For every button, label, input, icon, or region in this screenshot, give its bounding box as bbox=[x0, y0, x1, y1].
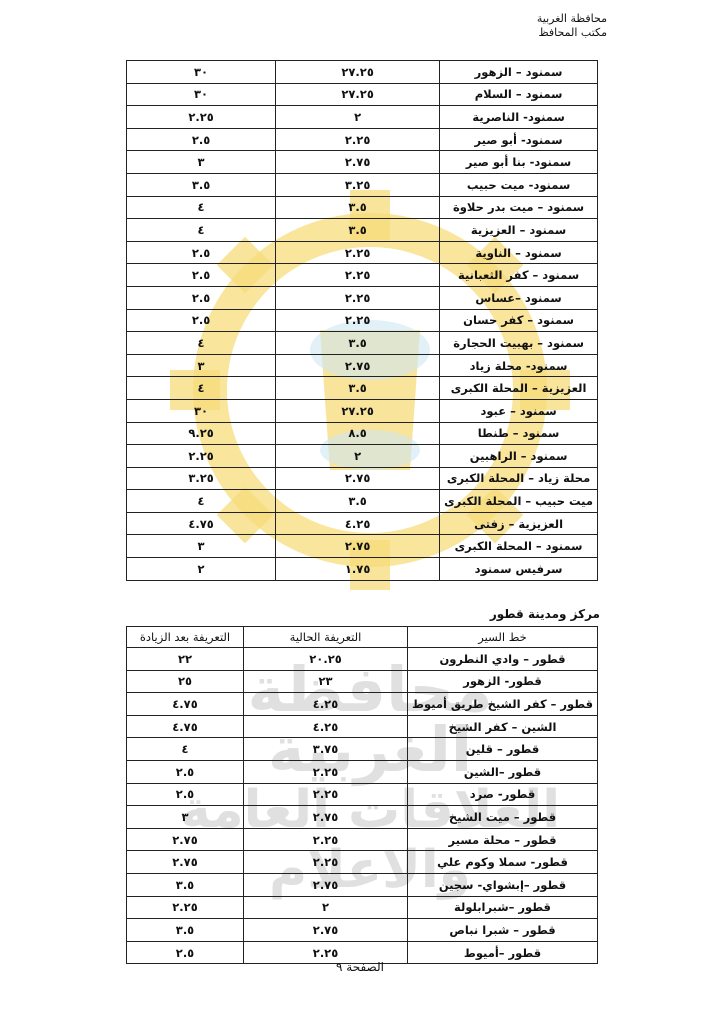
table-row: قطور – وادي النطرون٢٠.٢٥٢٢ bbox=[127, 648, 598, 671]
current-fare-cell: ٢ bbox=[276, 445, 440, 468]
new-fare-cell: ٣٠ bbox=[127, 83, 276, 106]
new-fare-cell: ٢.٢٥ bbox=[127, 106, 276, 129]
new-fare-cell: ٢.٥ bbox=[127, 309, 276, 332]
current-fare-cell: ٢.٢٥ bbox=[244, 760, 408, 783]
new-fare-cell: ٢.٥ bbox=[127, 760, 244, 783]
new-fare-cell: ٩.٢٥ bbox=[127, 422, 276, 445]
new-fare-cell: ٣ bbox=[127, 535, 276, 558]
new-fare-cell: ٣.٥ bbox=[127, 873, 244, 896]
route-cell: قطور – ميت الشيخ bbox=[408, 806, 598, 829]
route-cell: سمنود – كفر الثعبانية bbox=[440, 264, 598, 287]
current-fare-cell: ٢.٧٥ bbox=[276, 467, 440, 490]
new-fare-cell: ٤ bbox=[127, 332, 276, 355]
route-cell: سمنود- أبو صير bbox=[440, 128, 598, 151]
current-fare-cell: ٢.٢٥ bbox=[276, 128, 440, 151]
route-cell: سمنود – طنطا bbox=[440, 422, 598, 445]
table-row: قطور –شبرابلولة٢٢.٢٥ bbox=[127, 896, 598, 919]
current-fare-cell: ٣.٥ bbox=[276, 490, 440, 513]
table-row: سمنود- محلة زياد٢.٧٥٣ bbox=[127, 354, 598, 377]
table-row: قطور – محلة مسير٢.٢٥٢.٧٥ bbox=[127, 828, 598, 851]
current-fare-cell: ٣.٧٥ bbox=[244, 738, 408, 761]
table-row: سمنود – كفر حسان٢.٢٥٢.٥ bbox=[127, 309, 598, 332]
new-fare-cell: ٤ bbox=[127, 738, 244, 761]
route-cell: قطور –إبشواي- سجين bbox=[408, 873, 598, 896]
current-fare-cell: ٤.٢٥ bbox=[244, 715, 408, 738]
current-fare-cell: ٢٠.٢٥ bbox=[244, 648, 408, 671]
current-fare-cell: ٢.٧٥ bbox=[244, 873, 408, 896]
table-row: سمنود –عساس٢.٢٥٢.٥ bbox=[127, 286, 598, 309]
section-title-qutur: مركز ومدينة قطور bbox=[490, 607, 600, 621]
new-fare-cell: ٣.٥ bbox=[127, 173, 276, 196]
route-cell: سمنود – عبود bbox=[440, 399, 598, 422]
table-row: سمنود – الزهور٢٧.٢٥٣٠ bbox=[127, 61, 598, 84]
table-row: قطور- سملا وكوم علي٢.٢٥٢.٧٥ bbox=[127, 851, 598, 874]
table-row: سمنود – كفر الثعبانية٢.٢٥٢.٥ bbox=[127, 264, 598, 287]
new-fare-cell: ٤ bbox=[127, 377, 276, 400]
new-fare-cell: ٣.٥ bbox=[127, 919, 244, 942]
current-fare-cell: ٢.٢٥ bbox=[276, 286, 440, 309]
route-cell: سرفيس سمنود bbox=[440, 558, 598, 581]
table-row: سمنود- الناصرية٢٢.٢٥ bbox=[127, 106, 598, 129]
new-fare-cell: ٢٥ bbox=[127, 670, 244, 693]
new-fare-cell: ٣ bbox=[127, 806, 244, 829]
table-row: سمنود – بهبيت الحجارة٣.٥٤ bbox=[127, 332, 598, 355]
current-fare-cell: ٢ bbox=[276, 106, 440, 129]
table-row: قطور- صرد٢.٢٥٢.٥ bbox=[127, 783, 598, 806]
route-cell: قطور – كفر الشيخ طريق أميوط bbox=[408, 693, 598, 716]
new-fare-cell: ٤.٧٥ bbox=[127, 693, 244, 716]
current-fare-cell: ٨.٥ bbox=[276, 422, 440, 445]
samannoud-fares-table: سمنود – الزهور٢٧.٢٥٣٠سمنود – السلام٢٧.٢٥… bbox=[126, 60, 598, 581]
route-cell: سمنود –عساس bbox=[440, 286, 598, 309]
current-fare-cell: ٣.٥ bbox=[276, 219, 440, 242]
route-cell: العزيزية – زفتى bbox=[440, 512, 598, 535]
route-cell: محلة زياد – المحلة الكبرى bbox=[440, 467, 598, 490]
route-cell: سمنود- ميت حبيب bbox=[440, 173, 598, 196]
route-cell: سمنود – ميت بدر حلاوة bbox=[440, 196, 598, 219]
route-cell: سمنود- بنا أبو صير bbox=[440, 151, 598, 174]
table-row: سمنود- أبو صير٢.٢٥٢.٥ bbox=[127, 128, 598, 151]
new-fare-cell: ٣ bbox=[127, 354, 276, 377]
new-fare-cell: ٣.٢٥ bbox=[127, 467, 276, 490]
new-fare-cell: ٢.٢٥ bbox=[127, 896, 244, 919]
table-row: سمنود- ميت حبيب٣.٢٥٣.٥ bbox=[127, 173, 598, 196]
table-row: قطور – قلين٣.٧٥٤ bbox=[127, 738, 598, 761]
new-fare-cell: ٤ bbox=[127, 219, 276, 242]
table-row: العزيزية – المحلة الكبرى٣.٥٤ bbox=[127, 377, 598, 400]
table-row: ميت حبيب – المحلة الكبرى٣.٥٤ bbox=[127, 490, 598, 513]
table-row: قطور –الشين٢.٢٥٢.٥ bbox=[127, 760, 598, 783]
table-row: سمنود – ميت بدر حلاوة٣.٥٤ bbox=[127, 196, 598, 219]
table-row: الشين – كفر الشيخ٤.٢٥٤.٧٥ bbox=[127, 715, 598, 738]
column-header-current-fare: التعريفة الحالية bbox=[244, 627, 408, 648]
route-cell: قطور- سملا وكوم علي bbox=[408, 851, 598, 874]
current-fare-cell: ٢.٢٥ bbox=[244, 828, 408, 851]
new-fare-cell: ٣٠ bbox=[127, 61, 276, 84]
current-fare-cell: ٢٧.٢٥ bbox=[276, 61, 440, 84]
new-fare-cell: ٢.٥ bbox=[127, 264, 276, 287]
new-fare-cell: ٤ bbox=[127, 196, 276, 219]
current-fare-cell: ٤.٢٥ bbox=[244, 693, 408, 716]
new-fare-cell: ٣ bbox=[127, 151, 276, 174]
table-row: سمنود – المحلة الكبرى٢.٧٥٣ bbox=[127, 535, 598, 558]
table-row: العزيزية – زفتى٤.٢٥٤.٧٥ bbox=[127, 512, 598, 535]
route-cell: قطور – محلة مسير bbox=[408, 828, 598, 851]
current-fare-cell: ٣.٢٥ bbox=[276, 173, 440, 196]
current-fare-cell: ١.٧٥ bbox=[276, 558, 440, 581]
current-fare-cell: ٢.٢٥ bbox=[276, 309, 440, 332]
route-cell: سمنود- محلة زياد bbox=[440, 354, 598, 377]
table-row: سرفيس سمنود١.٧٥٢ bbox=[127, 558, 598, 581]
current-fare-cell: ٢.٧٥ bbox=[244, 919, 408, 942]
new-fare-cell: ٢٢ bbox=[127, 648, 244, 671]
new-fare-cell: ٣٠ bbox=[127, 399, 276, 422]
current-fare-cell: ٢.٧٥ bbox=[276, 151, 440, 174]
table-header-row: خط السير التعريفة الحالية التعريفة بعد ا… bbox=[127, 627, 598, 648]
current-fare-cell: ٢.٢٥ bbox=[244, 851, 408, 874]
current-fare-cell: ٤.٢٥ bbox=[276, 512, 440, 535]
page-number: الصفحة ٩ bbox=[0, 960, 720, 974]
current-fare-cell: ٢.٧٥ bbox=[276, 354, 440, 377]
new-fare-cell: ٤.٧٥ bbox=[127, 512, 276, 535]
route-cell: سمنود – المحلة الكبرى bbox=[440, 535, 598, 558]
table-row: سمنود – طنطا٨.٥٩.٢٥ bbox=[127, 422, 598, 445]
route-cell: قطور – شبرا نباص bbox=[408, 919, 598, 942]
table-row: محلة زياد – المحلة الكبرى٢.٧٥٣.٢٥ bbox=[127, 467, 598, 490]
route-cell: الشين – كفر الشيخ bbox=[408, 715, 598, 738]
route-cell: ميت حبيب – المحلة الكبرى bbox=[440, 490, 598, 513]
current-fare-cell: ٣.٥ bbox=[276, 377, 440, 400]
new-fare-cell: ٢.٧٥ bbox=[127, 828, 244, 851]
route-cell: سمنود – بهبيت الحجارة bbox=[440, 332, 598, 355]
table-row: سمنود – عبود٢٧.٢٥٣٠ bbox=[127, 399, 598, 422]
route-cell: قطور –الشين bbox=[408, 760, 598, 783]
current-fare-cell: ٢٣ bbox=[244, 670, 408, 693]
current-fare-cell: ٢.٢٥ bbox=[276, 241, 440, 264]
current-fare-cell: ٢.٧٥ bbox=[276, 535, 440, 558]
table-row: قطور – شبرا نباص٢.٧٥٣.٥ bbox=[127, 919, 598, 942]
current-fare-cell: ٣.٥ bbox=[276, 332, 440, 355]
current-fare-cell: ٢.٢٥ bbox=[244, 783, 408, 806]
route-cell: سمنود – السلام bbox=[440, 83, 598, 106]
document-header: محافظة الغربية مكتب المحافظ bbox=[537, 12, 607, 40]
table-row: سمنود- بنا أبو صير٢.٧٥٣ bbox=[127, 151, 598, 174]
table-row: قطور- الزهور٢٣٢٥ bbox=[127, 670, 598, 693]
route-cell: قطور – وادي النطرون bbox=[408, 648, 598, 671]
table-row: سمنود – العزيزية٣.٥٤ bbox=[127, 219, 598, 242]
current-fare-cell: ٢٧.٢٥ bbox=[276, 399, 440, 422]
header-office: مكتب المحافظ bbox=[537, 26, 607, 40]
new-fare-cell: ٢.٧٥ bbox=[127, 851, 244, 874]
new-fare-cell: ٢.٥ bbox=[127, 241, 276, 264]
route-cell: قطور- صرد bbox=[408, 783, 598, 806]
column-header-route: خط السير bbox=[408, 627, 598, 648]
new-fare-cell: ٤.٧٥ bbox=[127, 715, 244, 738]
route-cell: سمنود – الناوية bbox=[440, 241, 598, 264]
qutur-fares-table: خط السير التعريفة الحالية التعريفة بعد ا… bbox=[126, 626, 598, 964]
table-row: قطور –إبشواي- سجين٢.٧٥٣.٥ bbox=[127, 873, 598, 896]
route-cell: سمنود – الراهبين bbox=[440, 445, 598, 468]
new-fare-cell: ٤ bbox=[127, 490, 276, 513]
new-fare-cell: ٢.٥ bbox=[127, 286, 276, 309]
route-cell: سمنود- الناصرية bbox=[440, 106, 598, 129]
new-fare-cell: ٢.٢٥ bbox=[127, 445, 276, 468]
route-cell: سمنود – كفر حسان bbox=[440, 309, 598, 332]
current-fare-cell: ٢.٢٥ bbox=[276, 264, 440, 287]
current-fare-cell: ٣.٥ bbox=[276, 196, 440, 219]
current-fare-cell: ٢.٧٥ bbox=[244, 806, 408, 829]
route-cell: قطور – قلين bbox=[408, 738, 598, 761]
route-cell: قطور –شبرابلولة bbox=[408, 896, 598, 919]
current-fare-cell: ٢٧.٢٥ bbox=[276, 83, 440, 106]
table-row: قطور – ميت الشيخ٢.٧٥٣ bbox=[127, 806, 598, 829]
route-cell: سمنود – العزيزية bbox=[440, 219, 598, 242]
table-row: سمنود – الراهبين٢٢.٢٥ bbox=[127, 445, 598, 468]
new-fare-cell: ٢.٥ bbox=[127, 128, 276, 151]
new-fare-cell: ٢ bbox=[127, 558, 276, 581]
route-cell: العزيزية – المحلة الكبرى bbox=[440, 377, 598, 400]
new-fare-cell: ٢.٥ bbox=[127, 783, 244, 806]
header-governorate: محافظة الغربية bbox=[537, 12, 607, 26]
route-cell: قطور- الزهور bbox=[408, 670, 598, 693]
current-fare-cell: ٢ bbox=[244, 896, 408, 919]
table-row: سمنود – السلام٢٧.٢٥٣٠ bbox=[127, 83, 598, 106]
column-header-new-fare: التعريفة بعد الزيادة bbox=[127, 627, 244, 648]
table-row: سمنود – الناوية٢.٢٥٢.٥ bbox=[127, 241, 598, 264]
table-row: قطور – كفر الشيخ طريق أميوط٤.٢٥٤.٧٥ bbox=[127, 693, 598, 716]
route-cell: سمنود – الزهور bbox=[440, 61, 598, 84]
